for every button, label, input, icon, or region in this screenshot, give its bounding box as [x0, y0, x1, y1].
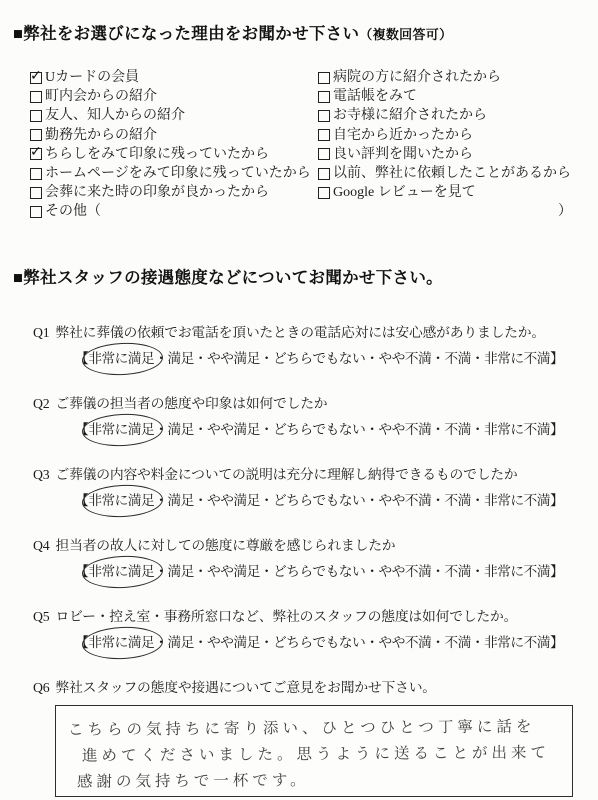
- empty-checkbox-icon: [30, 91, 42, 103]
- question-block: Q1弊社に葬儀の依頼でお電話を頂いたときの電話応対には安心感がありましたか。【非…: [33, 320, 598, 372]
- other-close-paren: ）: [318, 202, 576, 221]
- empty-checkbox-icon: [318, 72, 330, 84]
- question-line: Q5ロビー・控え室・事務所窓口など、弊社のスタッフの態度は如何でしたか。: [33, 604, 598, 629]
- selected-rating-circled: 非常に満足: [88, 558, 154, 585]
- selected-rating-circled: 非常に満足: [88, 487, 154, 514]
- question-text: 弊社スタッフの態度や接遇についてご意見をお聞かせ下さい。: [55, 680, 435, 695]
- question-line: Q4担当者の故人に対しての態度に尊厳を感じられましたか: [33, 533, 598, 558]
- scale-options-rest: ・満足・やや満足・どちらでもない・やや不満・不満・非常に不満: [154, 564, 550, 579]
- scale-open-bracket: 【: [75, 564, 88, 579]
- question-block: Q4担当者の故人に対しての態度に尊厳を感じられましたか【非常に満足・満足・やや満…: [33, 533, 598, 585]
- question-number: Q2: [33, 396, 49, 411]
- empty-checkbox-icon: [318, 129, 330, 141]
- handwritten-comment-line: 進めてくださいました。思うように送ることが出来て: [82, 739, 572, 768]
- handwritten-comment-line: 感謝の気持ちで一杯です。: [77, 765, 572, 794]
- scale-close-bracket: 】: [550, 564, 563, 579]
- empty-checkbox-icon: [30, 110, 42, 122]
- checkbox-option: 電話帳をみて: [318, 87, 576, 106]
- question-number: Q6: [33, 680, 49, 695]
- question-block: Q3ご葬儀の内容や料金についての説明は充分に理解し納得できるものでしたか【非常に…: [33, 462, 598, 514]
- question-number: Q5: [33, 609, 49, 624]
- rating-scale: 【非常に満足・満足・やや満足・どちらでもない・やや不満・不満・非常に不満】: [75, 629, 598, 656]
- checkbox-label: Google レビューを見て: [333, 183, 476, 202]
- checked-checkbox-icon: [30, 72, 42, 84]
- checkbox-label: 友人、知人からの紹介: [45, 106, 185, 125]
- scale-close-bracket: 】: [550, 351, 563, 366]
- checkbox-option: ホームページをみて印象に残っていたから: [30, 164, 318, 183]
- scale-open-bracket: 【: [75, 635, 88, 650]
- checkbox-label: 会葬に来た時の印象が良かったから: [45, 183, 269, 202]
- empty-checkbox-icon: [318, 148, 330, 160]
- handwritten-comment-box: こちらの気持ちに寄り添い、ひとつひとつ丁寧に話を進めてくださいました。思うように…: [55, 705, 573, 797]
- scale-options-rest: ・満足・やや満足・どちらでもない・やや不満・不満・非常に不満: [154, 635, 550, 650]
- question-number: Q1: [33, 325, 49, 340]
- selected-rating-circled: 非常に満足: [88, 629, 154, 656]
- scale-close-bracket: 】: [550, 635, 563, 650]
- rating-scale: 【非常に満足・満足・やや満足・どちらでもない・やや不満・不満・非常に不満】: [75, 558, 598, 585]
- question-block: Q2ご葬儀の担当者の態度や印象は如何でしたか【非常に満足・満足・やや満足・どちら…: [33, 391, 598, 443]
- checkbox-label: 良い評判を聞いたから: [333, 145, 473, 164]
- checkbox-option: その他（: [30, 202, 318, 221]
- checkbox-option: 以前、弊社に依頼したことがあるから: [318, 164, 576, 183]
- checkbox-option: 町内会からの紹介: [30, 87, 318, 106]
- selected-rating-circled: 非常に満足: [88, 345, 154, 372]
- checkbox-label: 病院の方に紹介されたから: [333, 68, 501, 87]
- checkbox-option: お寺様に紹介されたから: [318, 106, 576, 125]
- scale-close-bracket: 】: [550, 493, 563, 508]
- empty-checkbox-icon: [318, 91, 330, 103]
- question-text: ロビー・控え室・事務所窓口など、弊社のスタッフの態度は如何でしたか。: [55, 609, 517, 624]
- selected-rating-circled: 非常に満足: [88, 416, 154, 443]
- question-block: Q5ロビー・控え室・事務所窓口など、弊社のスタッフの態度は如何でしたか。【非常に…: [33, 604, 598, 656]
- scale-open-bracket: 【: [75, 493, 88, 508]
- empty-checkbox-icon: [30, 187, 42, 199]
- empty-checkbox-icon: [318, 168, 330, 180]
- scale-options-rest: ・満足・やや満足・どちらでもない・やや不満・不満・非常に不満: [154, 351, 550, 366]
- rating-scale: 【非常に満足・満足・やや満足・どちらでもない・やや不満・不満・非常に不満】: [75, 345, 598, 372]
- question-line: Q3ご葬儀の内容や料金についての説明は充分に理解し納得できるものでしたか: [33, 462, 598, 487]
- section-staff-heading-text: ■弊社スタッフの接遇態度などについてお聞かせ下さい。: [13, 269, 443, 287]
- checkbox-option: 良い評判を聞いたから: [318, 145, 576, 164]
- empty-checkbox-icon: [318, 110, 330, 122]
- handwritten-comment-line: こちらの気持ちに寄り添い、ひとつひとつ丁寧に話を: [68, 713, 572, 743]
- empty-checkbox-icon: [30, 168, 42, 180]
- checkbox-option: 勤務先からの紹介: [30, 126, 318, 145]
- section-reasons-heading-text: ■弊社をお選びになった理由をお聞かせ下さい: [13, 25, 359, 43]
- empty-checkbox-icon: [318, 187, 330, 199]
- question-line: Q1弊社に葬儀の依頼でお電話を頂いたときの電話応対には安心感がありましたか。: [33, 320, 598, 345]
- question-text: ご葬儀の内容や料金についての説明は充分に理解し納得できるものでしたか: [55, 467, 517, 482]
- question-number: Q4: [33, 538, 49, 553]
- question-text: 担当者の故人に対しての態度に尊厳を感じられましたか: [55, 538, 395, 553]
- checkbox-label: 勤務先からの紹介: [45, 126, 157, 145]
- checkbox-option: 会葬に来た時の印象が良かったから: [30, 183, 318, 202]
- checked-checkbox-icon: [30, 148, 42, 160]
- checkbox-option: 友人、知人からの紹介: [30, 106, 318, 125]
- rating-scale: 【非常に満足・満足・やや満足・どちらでもない・やや不満・不満・非常に不満】: [75, 416, 598, 443]
- checkbox-label: 以前、弊社に依頼したことがあるから: [333, 164, 571, 183]
- scanned-survey-page: ■弊社をお選びになった理由をお聞かせ下さい（複数回答可） Uカードの会員病院の方…: [0, 0, 598, 800]
- checkbox-option: 病院の方に紹介されたから: [318, 68, 576, 87]
- checkbox-label: その他（: [45, 202, 101, 221]
- question-text: ご葬儀の担当者の態度や印象は如何でしたか: [55, 396, 327, 411]
- rating-scale: 【非常に満足・満足・やや満足・どちらでもない・やや不満・不満・非常に不満】: [75, 487, 598, 514]
- checkbox-label: ホームページをみて印象に残っていたから: [45, 164, 311, 183]
- checkbox-option: ちらしをみて印象に残っていたから: [30, 145, 318, 164]
- empty-checkbox-icon: [30, 129, 42, 141]
- checkbox-label: ちらしをみて印象に残っていたから: [45, 145, 269, 164]
- checkbox-option: Uカードの会員: [30, 68, 318, 87]
- checkbox-option: Google レビューを見て: [318, 183, 576, 202]
- question-line: Q2ご葬儀の担当者の態度や印象は如何でしたか: [33, 391, 598, 416]
- scale-options-rest: ・満足・やや満足・どちらでもない・やや不満・不満・非常に不満: [154, 493, 550, 508]
- checkbox-label: Uカードの会員: [45, 68, 139, 87]
- question-number: Q3: [33, 467, 49, 482]
- checkbox-option: 自宅から近かったから: [318, 126, 576, 145]
- reasons-checkbox-grid: Uカードの会員病院の方に紹介されたから町内会からの紹介電話帳をみて友人、知人から…: [30, 68, 576, 222]
- empty-checkbox-icon: [30, 206, 42, 218]
- checkbox-label: 電話帳をみて: [333, 87, 417, 106]
- scale-open-bracket: 【: [75, 422, 88, 437]
- questions-list: Q1弊社に葬儀の依頼でお電話を頂いたときの電話応対には安心感がありましたか。【非…: [33, 320, 598, 656]
- scale-close-bracket: 】: [550, 422, 563, 437]
- multiple-answers-note: （複数回答可）: [359, 27, 452, 42]
- question-q6-line: Q6弊社スタッフの態度や接遇についてご意見をお聞かせ下さい。: [33, 675, 598, 700]
- question-text: 弊社に葬儀の依頼でお電話を頂いたときの電話応対には安心感がありましたか。: [55, 325, 545, 340]
- scale-options-rest: ・満足・やや満足・どちらでもない・やや不満・不満・非常に不満: [154, 422, 550, 437]
- section-reasons-heading: ■弊社をお選びになった理由をお聞かせ下さい（複数回答可）: [13, 20, 598, 44]
- question-q6: Q6弊社スタッフの態度や接遇についてご意見をお聞かせ下さい。 こちらの気持ちに寄…: [33, 675, 598, 797]
- scale-open-bracket: 【: [75, 351, 88, 366]
- checkbox-label: お寺様に紹介されたから: [333, 106, 487, 125]
- checkbox-label: 町内会からの紹介: [45, 87, 157, 106]
- section-staff-heading: ■弊社スタッフの接遇態度などについてお聞かせ下さい。: [13, 264, 598, 288]
- checkbox-label: 自宅から近かったから: [333, 126, 473, 145]
